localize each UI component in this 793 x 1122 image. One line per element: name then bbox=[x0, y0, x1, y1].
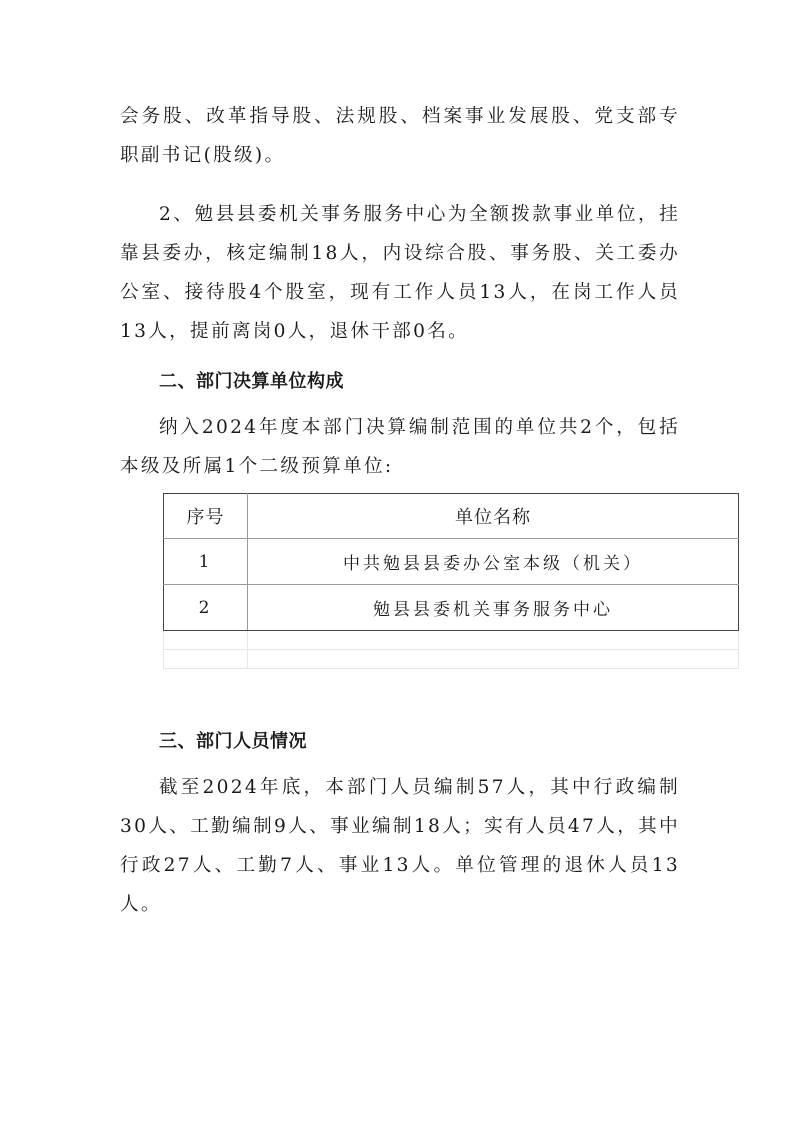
paragraph-staffing: 截至2024年底，本部门人员编制57人，其中行政编制30人、工勤编制9人、事业编… bbox=[120, 768, 680, 924]
paragraph-service-center: 2、勉县县委机关事务服务中心为全额拨款事业单位，挂靠县委办，核定编制18人，内设… bbox=[120, 195, 680, 351]
cell-unit-name: 中共勉县县委办公室本级（机关） bbox=[248, 539, 739, 585]
cell-serial-number: 2 bbox=[164, 585, 248, 631]
header-serial-number: 序号 bbox=[164, 494, 248, 539]
cell-serial-number: 1 bbox=[164, 539, 248, 585]
table-blank-row bbox=[164, 631, 739, 650]
blank-cell bbox=[164, 631, 248, 650]
table-header-row: 序号 单位名称 bbox=[164, 494, 739, 539]
table-row: 2 勉县县委机关事务服务中心 bbox=[164, 585, 739, 631]
units-table: 序号 单位名称 1 中共勉县县委办公室本级（机关） 2 勉县县委机关事务服务中心 bbox=[163, 493, 739, 669]
table-blank-row bbox=[164, 650, 739, 669]
blank-cell bbox=[248, 631, 739, 650]
blank-cell bbox=[248, 650, 739, 669]
blank-cell bbox=[164, 650, 248, 669]
table-row: 1 中共勉县县委办公室本级（机关） bbox=[164, 539, 739, 585]
header-unit-name: 单位名称 bbox=[248, 494, 739, 539]
paragraph-unit-composition: 纳入2024年度本部门决算编制范围的单位共2个，包括本级及所属1个二级预算单位: bbox=[120, 408, 680, 486]
section-heading-staffing: 三、部门人员情况 bbox=[159, 727, 307, 757]
section-heading-unit-composition: 二、部门决算单位构成 bbox=[159, 367, 344, 397]
cell-unit-name: 勉县县委机关事务服务中心 bbox=[248, 585, 739, 631]
document-page: 会务股、改革指导股、法规股、档案事业发展股、党支部专职副书记(股级)。 2、勉县… bbox=[0, 0, 793, 1122]
paragraph-continued: 会务股、改革指导股、法规股、档案事业发展股、党支部专职副书记(股级)。 bbox=[120, 97, 680, 175]
